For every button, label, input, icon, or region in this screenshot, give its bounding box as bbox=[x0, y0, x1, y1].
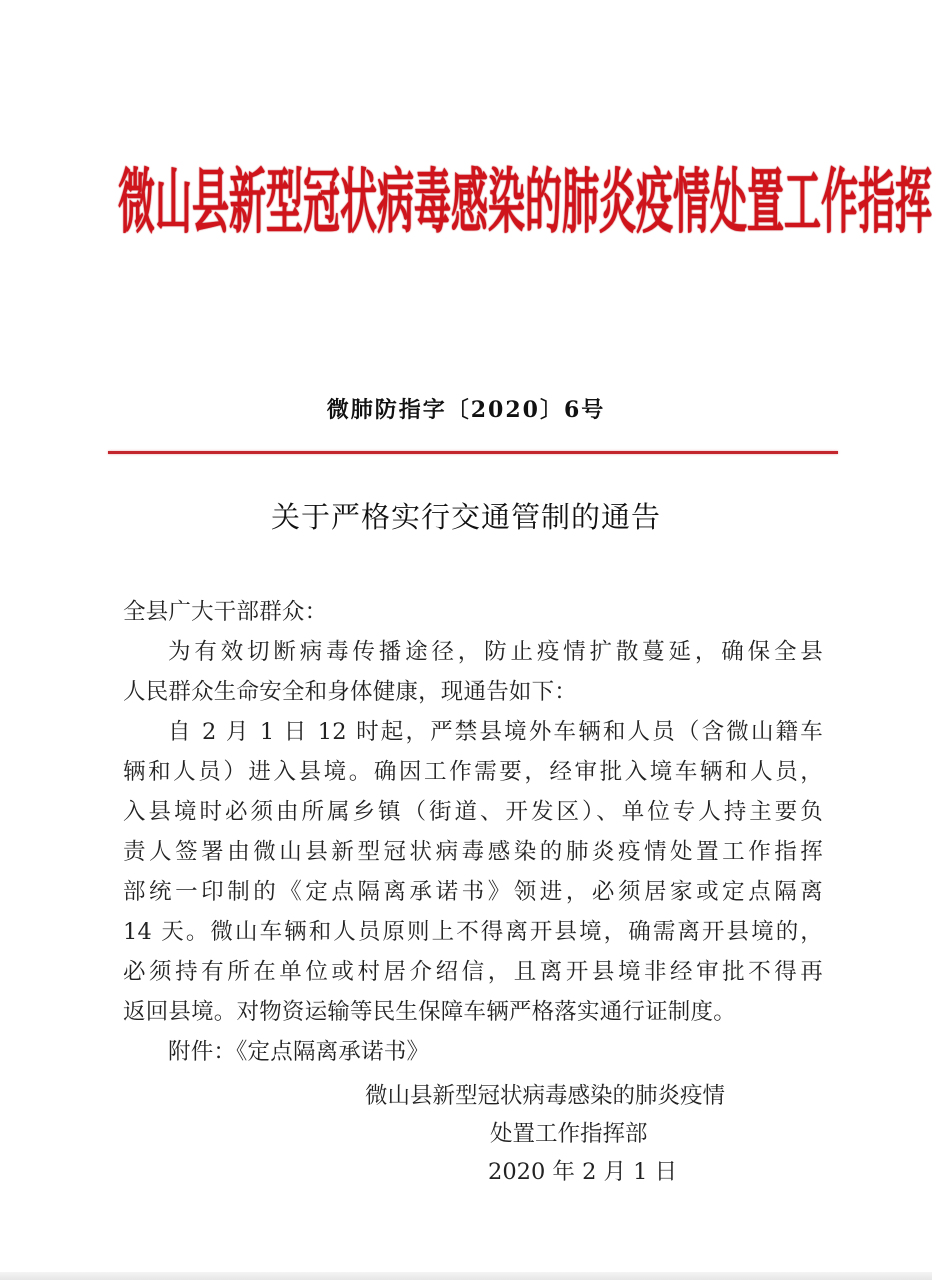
red-divider bbox=[108, 451, 838, 454]
paragraph-line: 入县境时必须由所属乡镇（街道、开发区）、单位专人持主要负 bbox=[123, 792, 823, 832]
paragraph-line: 辆和人员）进入县境。确因工作需要，经审批入境车辆和人员， bbox=[123, 752, 823, 792]
document-title: 关于严格实行交通管制的通告 bbox=[0, 495, 932, 536]
paragraph-line: 必须持有所在单位或村居介绍信，且离开县境非经审批不得再 bbox=[123, 952, 823, 992]
attachment-note: 附件：《定点隔离承诺书》 bbox=[123, 1032, 823, 1072]
document-body: 全县广大干部群众： 为有效切断病毒传播途径，防止疫情扩散蔓延，确保全县 人民群众… bbox=[123, 592, 823, 1072]
paragraph-line: 自 2 月 1 日 12 时起，严禁县境外车辆和人员（含微山籍车 bbox=[123, 712, 823, 752]
document-header: 微山县新型冠状病毒感染的肺炎疫情处置工作指挥部文件 bbox=[118, 118, 818, 289]
paragraph-line: 14 天。微山车辆和人员原则上不得离开县境，确需离开县境的， bbox=[123, 912, 823, 952]
paragraph-line: 返回县境。对物资运输等民生保障车辆严格落实通行证制度。 bbox=[123, 992, 823, 1032]
signature-org-line1: 微山县新型冠状病毒感染的肺炎疫情 bbox=[365, 1077, 765, 1115]
signature-block: 微山县新型冠状病毒感染的肺炎疫情 处置工作指挥部 2020 年 2 月 1 日 bbox=[365, 1077, 765, 1191]
signature-date: 2020 年 2 月 1 日 bbox=[365, 1153, 765, 1191]
paragraph-line: 责人签署由微山县新型冠状病毒感染的肺炎疫情处置工作指挥 bbox=[123, 832, 823, 872]
signature-org-line2: 处置工作指挥部 bbox=[365, 1115, 765, 1153]
salutation: 全县广大干部群众： bbox=[123, 592, 823, 632]
bottom-edge bbox=[0, 1272, 932, 1280]
paragraph-line: 为有效切断病毒传播途径，防止疫情扩散蔓延，确保全县 bbox=[123, 632, 823, 672]
paragraph-line: 部统一印制的《定点隔离承诺书》领进，必须居家或定点隔离 bbox=[123, 872, 823, 912]
paragraph-line: 人民群众生命安全和身体健康，现通告如下： bbox=[123, 672, 823, 712]
document-page: 微山县新型冠状病毒感染的肺炎疫情处置工作指挥部文件 微肺防指字〔2020〕6号 … bbox=[0, 0, 932, 1280]
document-number: 微肺防指字〔2020〕6号 bbox=[0, 393, 932, 424]
